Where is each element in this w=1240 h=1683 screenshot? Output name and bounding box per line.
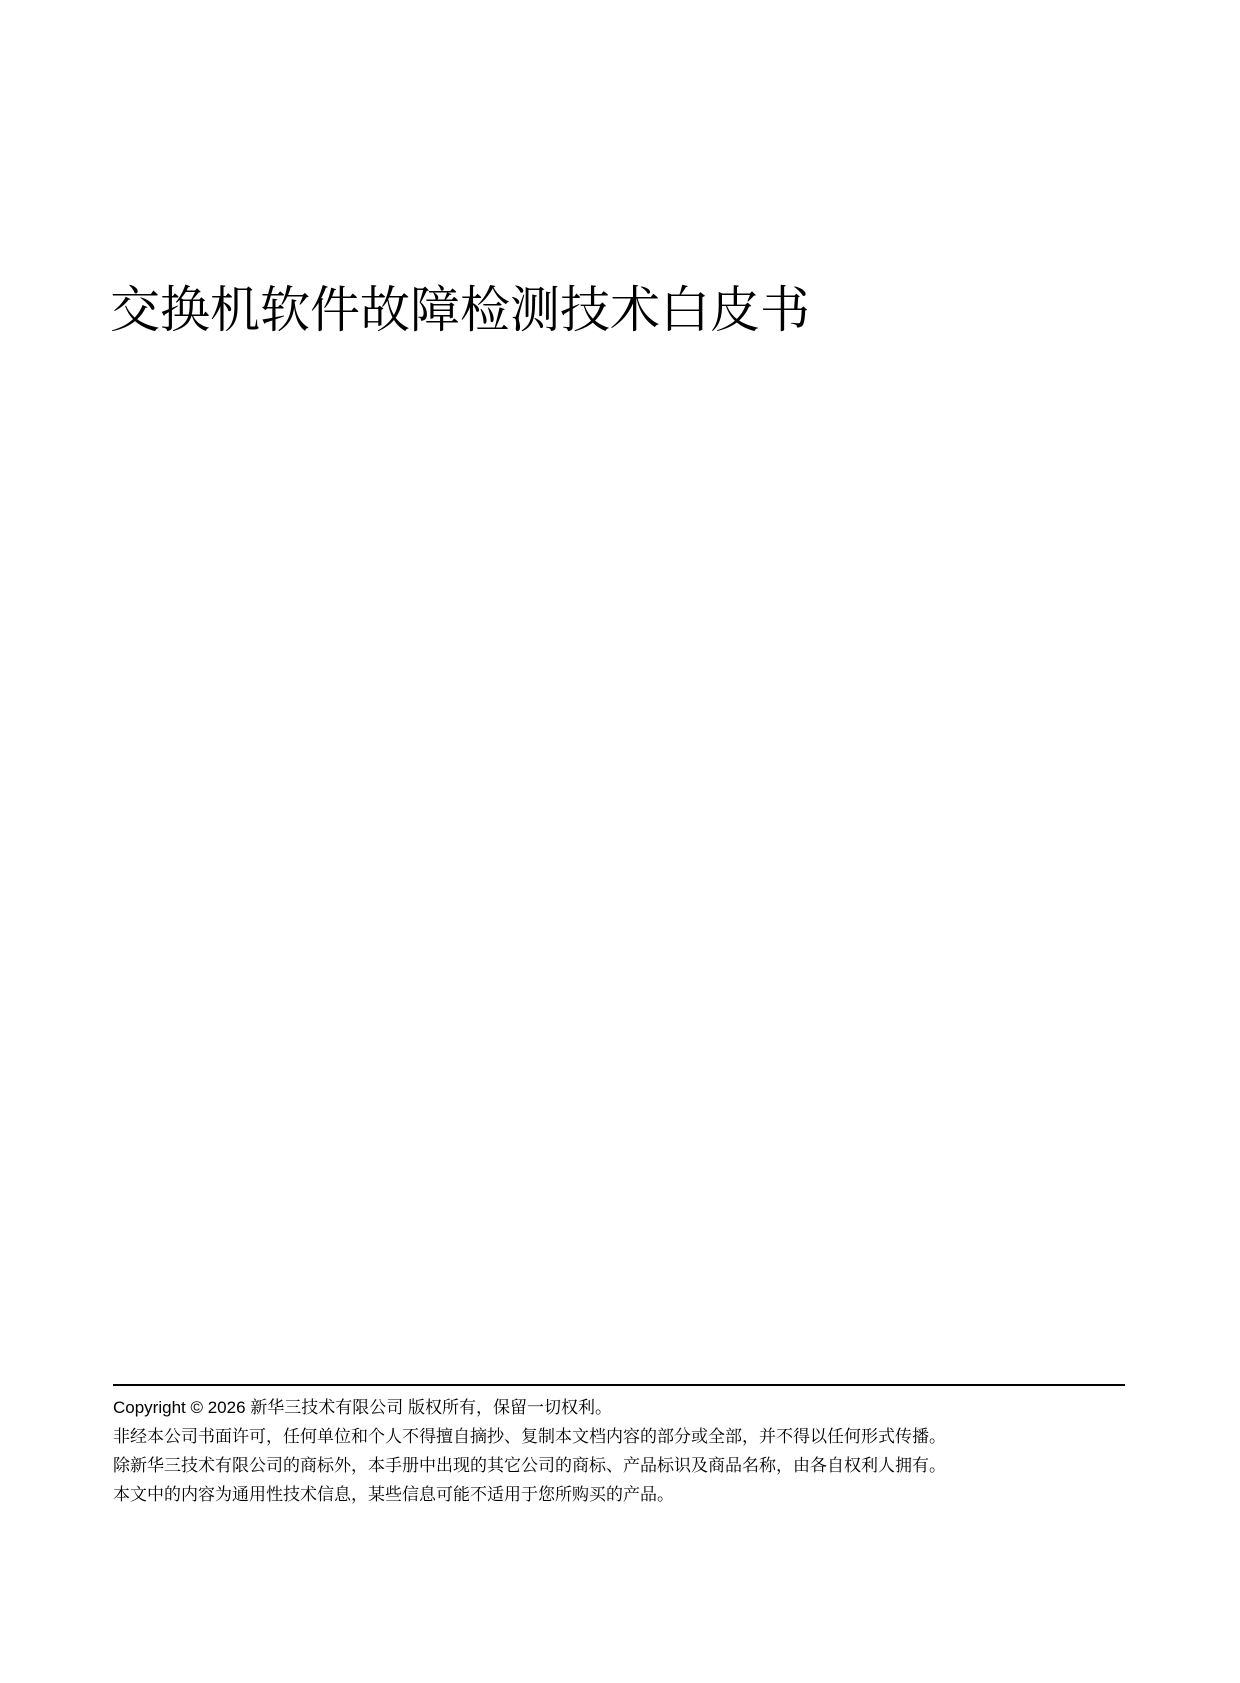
- copyright-divider: [113, 1384, 1125, 1386]
- copyright-section: Copyright © 2026 新华三技术有限公司 版权所有，保留一切权利。 …: [113, 1384, 1125, 1509]
- copyright-line-1: Copyright © 2026 新华三技术有限公司 版权所有，保留一切权利。: [113, 1393, 1125, 1422]
- copyright-line-3: 除新华三技术有限公司的商标外，本手册中出现的其它公司的商标、产品标识及商品名称，…: [113, 1451, 1125, 1480]
- copyright-line-4: 本文中的内容为通用性技术信息，某些信息可能不适用于您所购买的产品。: [113, 1480, 1125, 1509]
- document-title: 交换机软件故障检测技术白皮书: [110, 280, 810, 340]
- whitepaper-cover-page: 交换机软件故障检测技术白皮书 Copyright © 2026 新华三技术有限公…: [0, 0, 1240, 1683]
- copyright-line-2: 非经本公司书面许可，任何单位和个人不得擅自摘抄、复制本文档内容的部分或全部，并不…: [113, 1422, 1125, 1451]
